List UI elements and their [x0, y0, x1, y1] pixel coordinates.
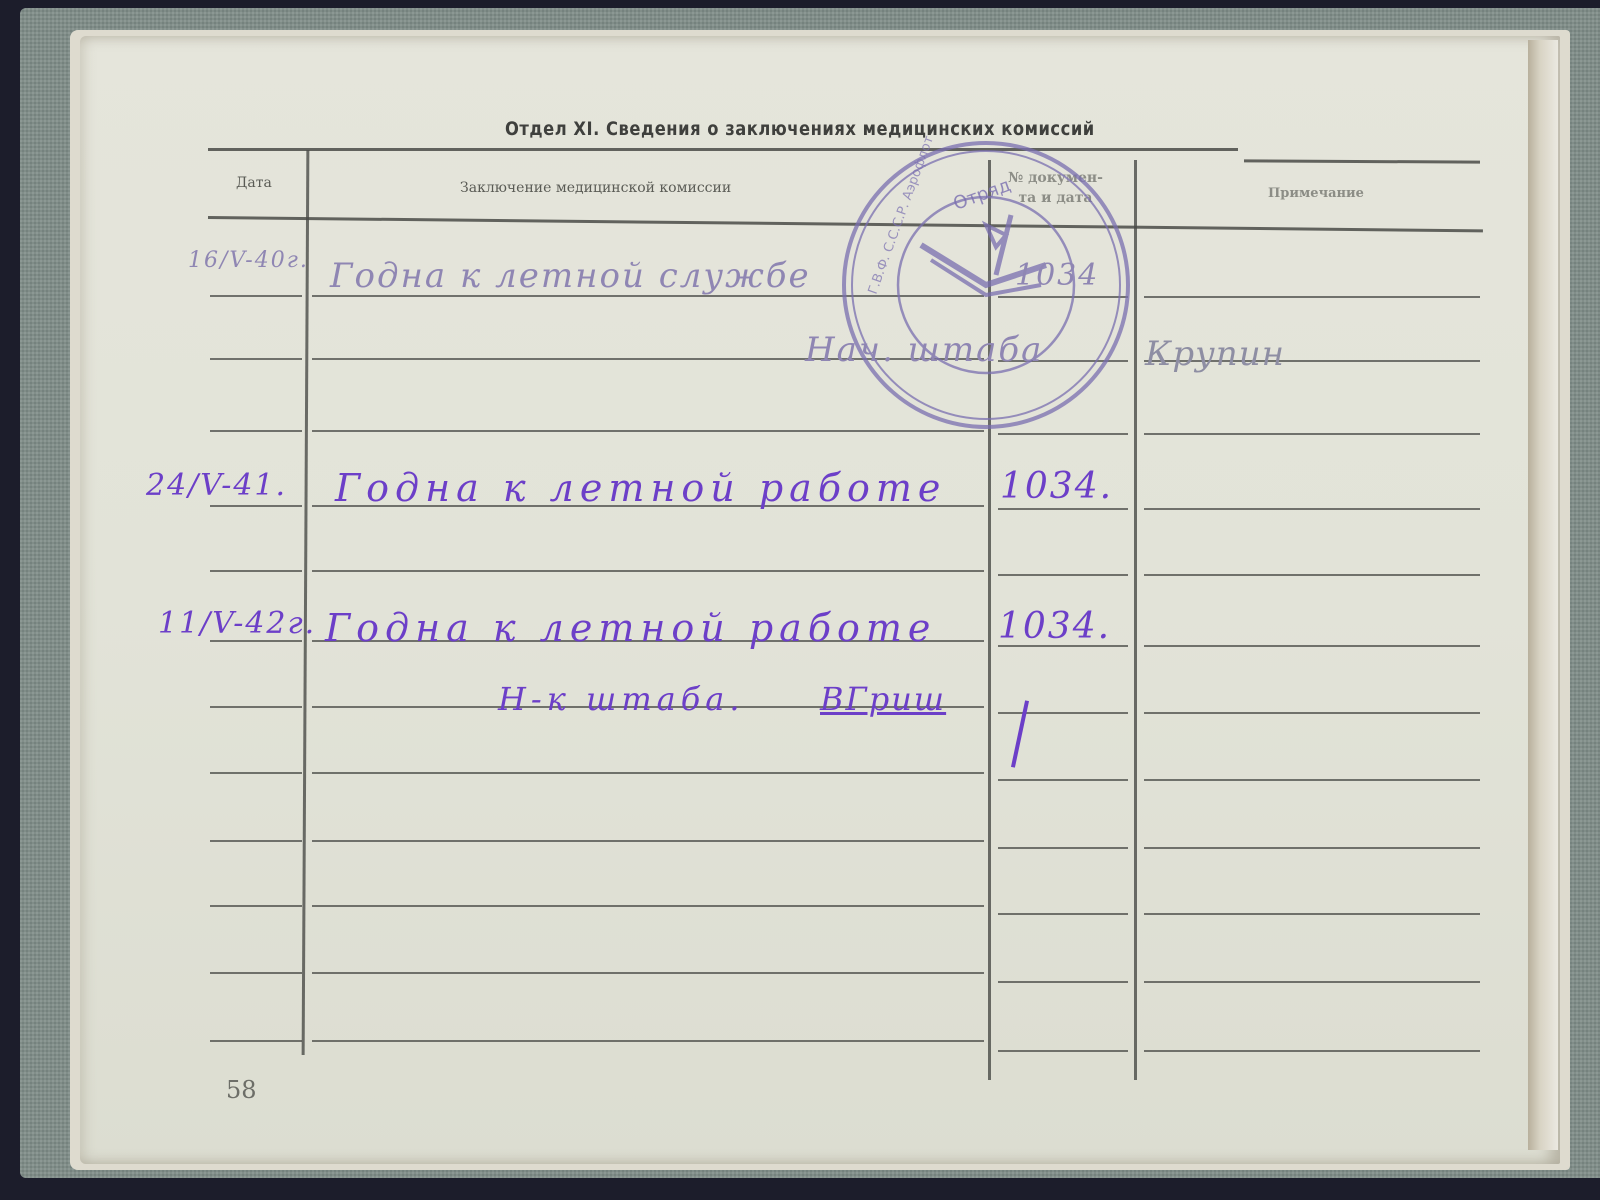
ruled-line — [998, 981, 1128, 983]
ruled-line — [998, 1050, 1128, 1052]
row3-date: 11/V-42г. — [158, 606, 316, 641]
ruled-line — [1144, 779, 1480, 781]
ruled-line — [312, 1040, 984, 1042]
ruled-line — [998, 508, 1128, 510]
column-header-date: Дата — [236, 175, 272, 191]
svg-text:Г.В.Ф. С.С.С.Р. Аэрофлот: Г.В.Ф. С.С.С.Р. Аэрофлот — [866, 135, 938, 296]
row3-document-number: 1034. — [998, 606, 1111, 647]
ruled-line — [210, 840, 302, 842]
ruled-line — [210, 772, 302, 774]
ruled-line — [210, 905, 302, 907]
row2-conclusion: Годна к летной работе — [335, 466, 946, 510]
row1-pencil-signature: Крупин — [1145, 334, 1285, 374]
ruled-line — [312, 972, 984, 974]
ruled-line — [1144, 981, 1480, 983]
row1-conclusion: Годна к летной службе — [330, 256, 811, 296]
page-number: 58 — [226, 1076, 257, 1104]
row2-document-number: 1034. — [1000, 466, 1113, 507]
ruled-line — [998, 913, 1128, 915]
ruled-line — [1144, 433, 1480, 435]
row2-date: 24/V-41. — [146, 468, 287, 503]
ruled-line — [210, 570, 302, 572]
ruled-line — [312, 905, 984, 907]
column-header-note: Примечание — [1268, 186, 1364, 201]
ruled-line — [1144, 913, 1480, 915]
row3-conclusion: Годна к летной работе — [325, 606, 936, 650]
ruled-line — [998, 712, 1128, 714]
ruled-line — [998, 847, 1128, 849]
ruled-line — [210, 295, 302, 297]
ruled-line — [210, 706, 302, 708]
ruled-line — [210, 505, 302, 507]
column-header-conclusion: Заключение медицинской комиссии — [460, 180, 731, 196]
row1-date: 16/V-40г. — [188, 248, 309, 273]
ruled-line — [1144, 712, 1480, 714]
ruled-line — [998, 574, 1128, 576]
row3-signature-title: Н-к штаба. — [498, 680, 745, 718]
row1-document-number: 1034 — [1015, 258, 1099, 293]
book-spine-gutter — [1528, 40, 1558, 1150]
ruled-line — [312, 570, 984, 572]
ruled-line — [998, 779, 1128, 781]
ruled-line — [1144, 645, 1480, 647]
ruled-line — [210, 972, 302, 974]
ruled-line — [1144, 574, 1480, 576]
ruled-line — [1144, 1050, 1480, 1052]
ruled-line — [1144, 296, 1480, 298]
ruled-line — [210, 358, 302, 360]
ruled-line — [210, 430, 302, 432]
row1-signature-title: Нач. штаба — [805, 330, 1043, 370]
ruled-line — [210, 1040, 302, 1042]
row3-signature: ВГриш — [820, 680, 946, 718]
ruled-line — [1144, 508, 1480, 510]
ruled-line — [1144, 847, 1480, 849]
stamp-text-otryad: Отряд — [951, 175, 1014, 215]
ruled-line — [312, 772, 984, 774]
ruled-line — [312, 840, 984, 842]
